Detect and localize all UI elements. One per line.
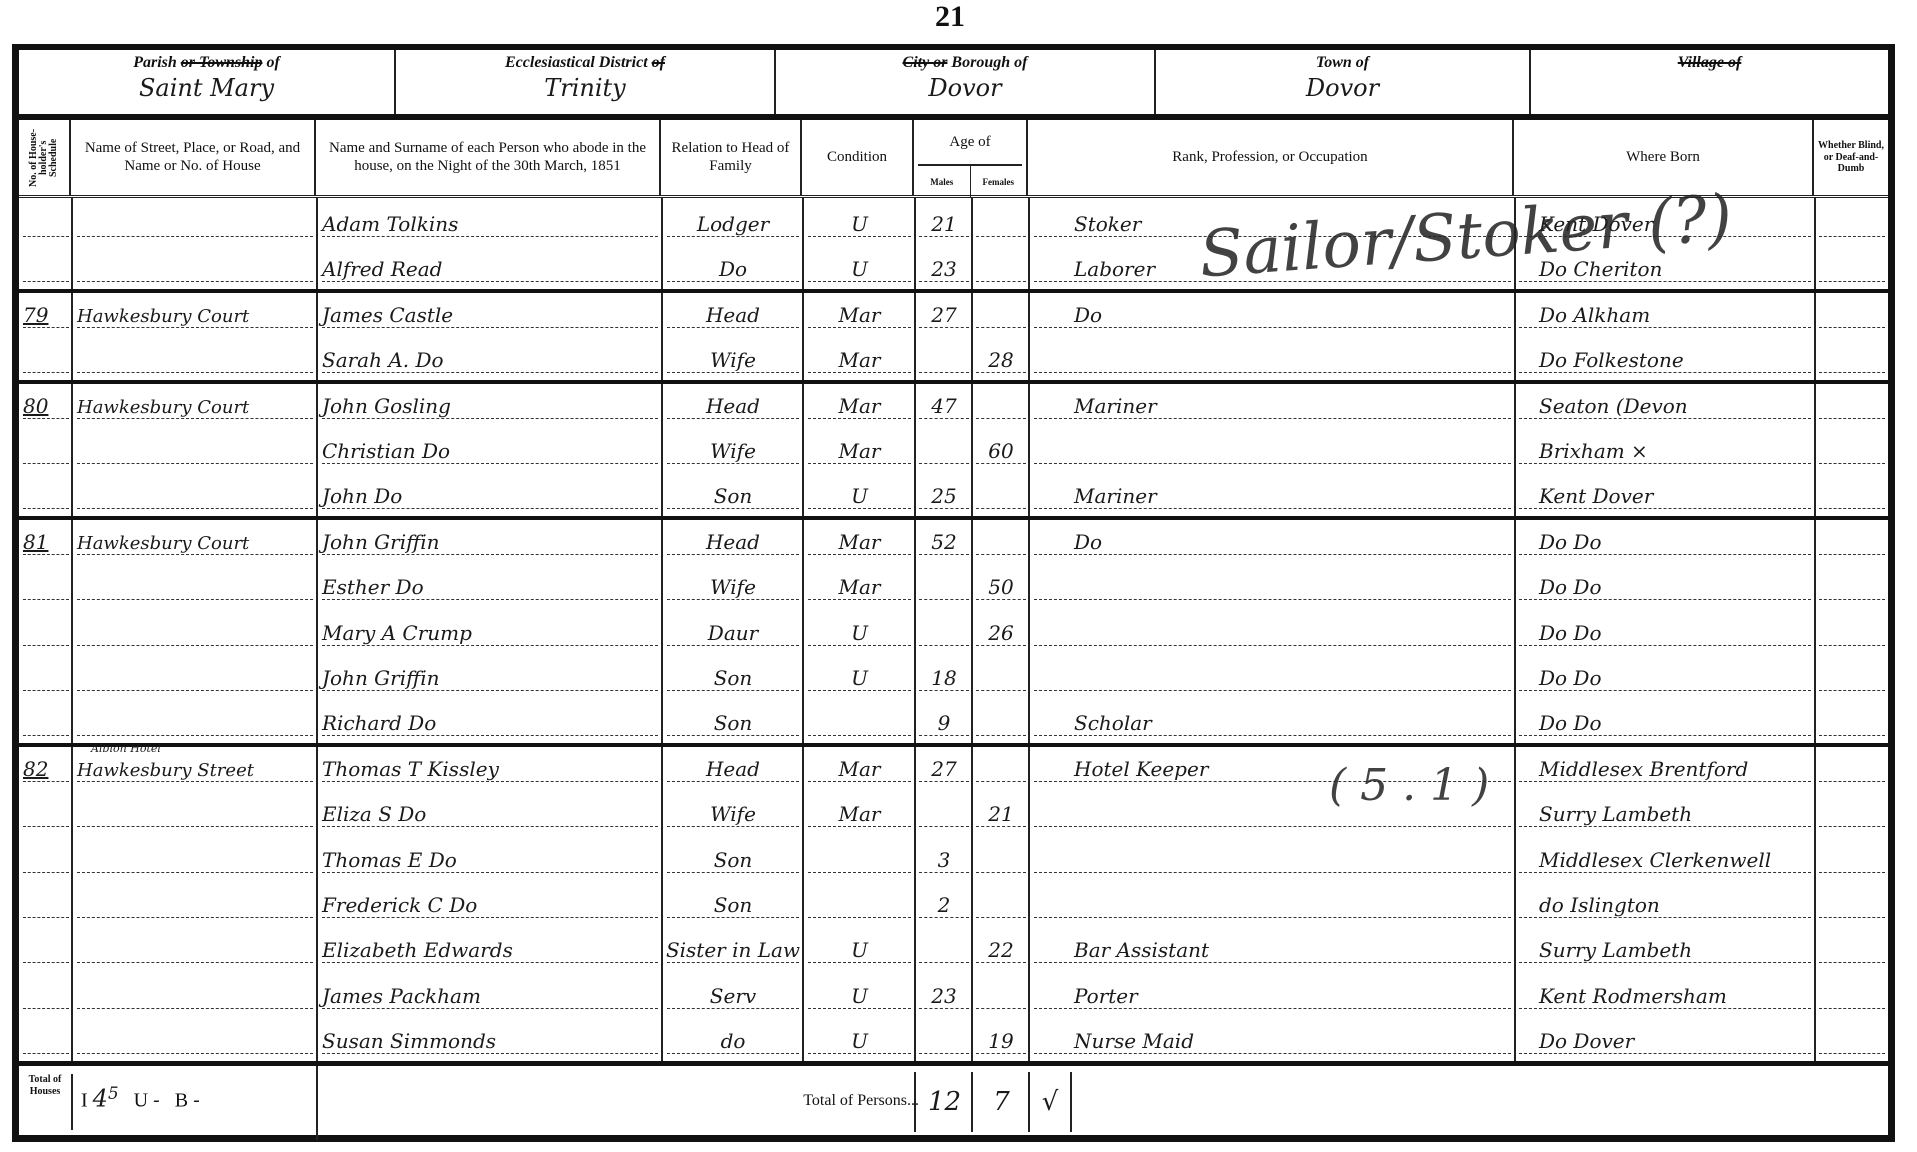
cell-name: Frederick C Do [322, 884, 658, 918]
cell-male-age [919, 612, 969, 646]
cell-male-age: 2 [919, 884, 969, 918]
cell-schedule [23, 657, 69, 691]
place-parish: Parish or Township of Saint Mary [19, 50, 396, 114]
cell-occupation [1034, 566, 1511, 600]
cell-female-age [976, 521, 1026, 555]
cell-name: Alfred Read [322, 248, 658, 282]
cell-female-age: 21 [976, 793, 1026, 827]
cell-male-age [919, 793, 969, 827]
total-persons-label: Total of Persons... [619, 1092, 919, 1110]
cell-born: Do Alkham [1519, 294, 1811, 328]
cell-occupation: Mariner [1034, 385, 1511, 419]
cell-relation: Head [667, 521, 799, 555]
cell-street [77, 975, 313, 1009]
place-village: Village of [1531, 50, 1888, 114]
cell-name: John Griffin [322, 657, 658, 691]
place-town: Town of Dovor [1156, 50, 1531, 114]
cell-condition: Mar [808, 294, 911, 328]
header-name: Name and Surname of each Person who abod… [316, 120, 661, 195]
cell-name: Christian Do [322, 430, 658, 464]
cell-occupation: Porter [1034, 975, 1511, 1009]
cell-street [77, 430, 313, 464]
census-entry-row: 79Hawkesbury CourtJames CastleHeadMar27D… [19, 289, 1888, 334]
cell-male-age [919, 1020, 969, 1054]
district-value: Trinity [396, 74, 774, 102]
cell-occupation: Bar Assistant [1034, 929, 1511, 963]
cell-name: Richard Do [322, 702, 658, 736]
cell-male-age: 47 [919, 385, 969, 419]
cell-born: do Islington [1519, 884, 1811, 918]
cell-blind [1819, 294, 1885, 328]
cell-schedule [23, 566, 69, 600]
cell-schedule [23, 430, 69, 464]
cell-blind [1819, 975, 1885, 1009]
cell-male-age [919, 339, 969, 373]
cell-street [77, 612, 313, 646]
header-occupation: Rank, Profession, or Occupation [1028, 120, 1514, 195]
cell-occupation [1034, 612, 1511, 646]
cell-female-age: 28 [976, 339, 1026, 373]
inhabited-count: 4 [93, 1085, 108, 1113]
cell-relation: Wife [667, 339, 799, 373]
cell-blind [1819, 566, 1885, 600]
cell-condition: Mar [808, 521, 911, 555]
cell-occupation [1034, 339, 1511, 373]
header-condition: Condition [802, 120, 914, 195]
cell-female-age [976, 294, 1026, 328]
cell-condition: U [808, 1020, 911, 1054]
cell-schedule: 82 [23, 748, 69, 782]
header-where-born: Where Born [1514, 120, 1814, 195]
cell-female-age: 26 [976, 612, 1026, 646]
census-entry-row: Thomas E DoSon3Middlesex Clerkenwell [19, 834, 1888, 879]
cell-schedule [23, 884, 69, 918]
cell-female-age [976, 975, 1026, 1009]
cell-condition: Mar [808, 430, 911, 464]
cell-male-age [919, 430, 969, 464]
cell-schedule [23, 339, 69, 373]
uninhabited-count: - [153, 1088, 160, 1112]
cell-schedule: 80 [23, 385, 69, 419]
cell-relation: Head [667, 294, 799, 328]
cell-relation: Son [667, 839, 799, 873]
cell-street [77, 929, 313, 963]
cell-occupation [1034, 430, 1511, 464]
cell-relation: Lodger [667, 203, 799, 237]
census-entry-row: Susan SimmondsdoU19Nurse MaidDo Dover [19, 1015, 1888, 1060]
cell-male-age [919, 566, 969, 600]
hotel-note-annotation: ( 5 . 1 ) [1329, 760, 1489, 811]
cell-blind [1819, 430, 1885, 464]
cell-female-age: 50 [976, 566, 1026, 600]
census-entry-row: Sarah A. DoWifeMar28Do Folkestone [19, 334, 1888, 379]
census-entry-row: Eliza S DoWifeMar21Surry Lambeth [19, 788, 1888, 833]
total-check-mark: √ [1028, 1072, 1072, 1132]
cell-condition: U [808, 657, 911, 691]
cell-blind [1819, 702, 1885, 736]
cell-condition: U [808, 929, 911, 963]
cell-born: Kent Rodmersham [1519, 975, 1811, 1009]
cell-street [77, 475, 313, 509]
cell-blind [1819, 884, 1885, 918]
cell-street [77, 1020, 313, 1054]
census-entry-row: Mary A CrumpDaurU26Do Do [19, 607, 1888, 652]
cell-male-age: 23 [919, 248, 969, 282]
cell-street [77, 793, 313, 827]
cell-relation: Son [667, 884, 799, 918]
census-entry-row: Elizabeth EdwardsSister in LawU22Bar Ass… [19, 924, 1888, 969]
cell-condition: Mar [808, 339, 911, 373]
cell-schedule [23, 1020, 69, 1054]
cell-occupation: Scholar [1034, 702, 1511, 736]
cell-female-age [976, 748, 1026, 782]
cell-schedule [23, 475, 69, 509]
cell-schedule [23, 203, 69, 237]
cell-relation: Wife [667, 430, 799, 464]
cell-relation: Head [667, 748, 799, 782]
cell-born: Do Dover [1519, 1020, 1811, 1054]
cell-condition [808, 702, 911, 736]
cell-name: James Packham [322, 975, 658, 1009]
cell-born: Middlesex Clerkenwell [1519, 839, 1811, 873]
cell-female-age: 60 [976, 430, 1026, 464]
cell-occupation [1034, 839, 1511, 873]
cell-name: John Do [322, 475, 658, 509]
cell-schedule [23, 839, 69, 873]
cell-blind [1819, 248, 1885, 282]
cell-name: John Griffin [322, 521, 658, 555]
cell-condition: U [808, 975, 911, 1009]
cell-schedule [23, 975, 69, 1009]
parish-value: Saint Mary [19, 74, 394, 102]
total-females: 7 [971, 1072, 1030, 1132]
census-entry-row: James PackhamServU23PorterKent Rodmersha… [19, 970, 1888, 1015]
cell-street [77, 884, 313, 918]
cell-relation: Son [667, 702, 799, 736]
census-entry-row: Frederick C DoSon2do Islington [19, 879, 1888, 924]
header-blind: Whether Blind, or Deaf-and-Dumb [1814, 120, 1888, 195]
cell-schedule [23, 248, 69, 282]
cell-blind [1819, 839, 1885, 873]
cell-relation: Head [667, 385, 799, 419]
cell-name: Thomas E Do [322, 839, 658, 873]
census-entry-row: 80Hawkesbury CourtJohn GoslingHeadMar47M… [19, 380, 1888, 425]
cell-street: Hawkesbury Court [77, 294, 313, 328]
cell-occupation [1034, 884, 1511, 918]
building-count: - [193, 1088, 200, 1112]
header-schedule: No. of House-holder's Schedule [19, 120, 71, 195]
cell-name: Elizabeth Edwards [322, 929, 658, 963]
census-entry-row: 81Hawkesbury CourtJohn GriffinHeadMar52D… [19, 516, 1888, 561]
cell-relation: Son [667, 475, 799, 509]
cell-relation: Serv [667, 975, 799, 1009]
header-males: Males [914, 166, 971, 198]
cell-street [77, 248, 313, 282]
cell-relation: Wife [667, 566, 799, 600]
cell-condition: Mar [808, 793, 911, 827]
totals-row: Total of Houses I 45 U - B - Total of Pe… [19, 1061, 1888, 1141]
cell-street [77, 702, 313, 736]
place-header-row: Parish or Township of Saint Mary Ecclesi… [19, 50, 1888, 120]
census-entry-row: Christian DoWifeMar60Brixham × [19, 425, 1888, 470]
cell-occupation [1034, 657, 1511, 691]
cell-condition: Mar [808, 566, 911, 600]
cell-name: Thomas T Kissley [322, 748, 658, 782]
cell-female-age: 19 [976, 1020, 1026, 1054]
cell-born: Do Do [1519, 657, 1811, 691]
cell-street [77, 566, 313, 600]
cell-relation: Sister in Law [667, 929, 799, 963]
cell-condition: Mar [808, 748, 911, 782]
cell-female-age: 22 [976, 929, 1026, 963]
cell-male-age: 23 [919, 975, 969, 1009]
cell-relation: Daur [667, 612, 799, 646]
census-entry-row: Esther DoWifeMar50Do Do [19, 561, 1888, 606]
street-annotation: Albion Hotel [91, 742, 161, 755]
census-sheet: Parish or Township of Saint Mary Ecclesi… [12, 44, 1895, 1142]
cell-occupation: Do [1034, 521, 1511, 555]
cell-born: Surry Lambeth [1519, 793, 1811, 827]
cell-street: Hawkesbury Court [77, 521, 313, 555]
borough-value: Dovor [776, 74, 1154, 102]
cell-blind [1819, 793, 1885, 827]
cell-blind [1819, 203, 1885, 237]
cell-name: John Gosling [322, 385, 658, 419]
cell-female-age [976, 385, 1026, 419]
cell-male-age: 52 [919, 521, 969, 555]
column-header-row: No. of House-holder's Schedule Name of S… [19, 120, 1888, 198]
cell-female-age [976, 839, 1026, 873]
cell-blind [1819, 339, 1885, 373]
header-relation: Relation to Head of Family [661, 120, 802, 195]
cell-name: Adam Tolkins [322, 203, 658, 237]
cell-schedule [23, 793, 69, 827]
cell-street [77, 203, 313, 237]
town-value: Dovor [1156, 74, 1529, 102]
cell-male-age: 27 [919, 294, 969, 328]
cell-name: Eliza S Do [322, 793, 658, 827]
cell-male-age: 18 [919, 657, 969, 691]
census-entry-row: 82Hawkesbury StreetAlbion HotelThomas T … [19, 743, 1888, 788]
cell-schedule: 81 [23, 521, 69, 555]
cell-born: Do Do [1519, 612, 1811, 646]
cell-born: Do Do [1519, 521, 1811, 555]
cell-schedule: 79 [23, 294, 69, 328]
cell-occupation: Do [1034, 294, 1511, 328]
cell-condition [808, 884, 911, 918]
cell-blind [1819, 657, 1885, 691]
cell-female-age [976, 475, 1026, 509]
cell-born: Do Folkestone [1519, 339, 1811, 373]
census-entry-row: Richard DoSon9ScholarDo Do [19, 697, 1888, 742]
cell-name: Sarah A. Do [322, 339, 658, 373]
cell-name: Esther Do [322, 566, 658, 600]
header-street: Name of Street, Place, or Road, and Name… [71, 120, 316, 195]
cell-female-age [976, 702, 1026, 736]
cell-schedule [23, 929, 69, 963]
cell-blind [1819, 748, 1885, 782]
cell-male-age: 9 [919, 702, 969, 736]
cell-name: Mary A Crump [322, 612, 658, 646]
cell-condition: U [808, 203, 911, 237]
cell-born: Do Do [1519, 702, 1811, 736]
page-number: 21 [920, 0, 980, 34]
cell-schedule [23, 702, 69, 736]
cell-street: Hawkesbury Court [77, 385, 313, 419]
place-borough: City or Borough of Dovor [776, 50, 1156, 114]
cell-condition: U [808, 612, 911, 646]
cell-schedule [23, 612, 69, 646]
cell-born: Surry Lambeth [1519, 929, 1811, 963]
cell-born: Seaton (Devon [1519, 385, 1811, 419]
cell-male-age: 27 [919, 748, 969, 782]
cell-relation: Do [667, 248, 799, 282]
header-females: Females [971, 166, 1027, 198]
cell-male-age: 3 [919, 839, 969, 873]
cell-condition: Mar [808, 385, 911, 419]
census-entry-row: John GriffinSonU18Do Do [19, 652, 1888, 697]
header-age: Age of MalesFemales [914, 120, 1028, 195]
cell-relation: do [667, 1020, 799, 1054]
cell-name: Susan Simmonds [322, 1020, 658, 1054]
cell-blind [1819, 521, 1885, 555]
cell-born: Kent Dover [1519, 475, 1811, 509]
cell-female-age [976, 248, 1026, 282]
census-entry-row: John DoSonU25MarinerKent Dover [19, 470, 1888, 515]
cell-occupation: Nurse Maid [1034, 1020, 1511, 1054]
cell-relation: Wife [667, 793, 799, 827]
total-houses-label: Total of Houses [19, 1074, 73, 1130]
cell-blind [1819, 475, 1885, 509]
cell-street [77, 657, 313, 691]
cell-blind [1819, 385, 1885, 419]
cell-born: Do Do [1519, 566, 1811, 600]
cell-blind [1819, 929, 1885, 963]
cell-condition [808, 839, 911, 873]
cell-blind [1819, 612, 1885, 646]
census-entries: Adam TolkinsLodgerU21StokerKent DoverAlf… [19, 198, 1888, 1061]
cell-male-age [919, 929, 969, 963]
cell-condition: U [808, 475, 911, 509]
cell-occupation: Mariner [1034, 475, 1511, 509]
cell-born: Middlesex Brentford [1519, 748, 1811, 782]
total-houses: I 45 U - B - [81, 1084, 200, 1113]
cell-born: Brixham × [1519, 430, 1811, 464]
cell-relation: Son [667, 657, 799, 691]
cell-female-age [976, 884, 1026, 918]
cell-blind [1819, 1020, 1885, 1054]
cell-street: Hawkesbury StreetAlbion Hotel [77, 748, 313, 782]
cell-street [77, 839, 313, 873]
cell-male-age: 25 [919, 475, 969, 509]
cell-female-age [976, 657, 1026, 691]
cell-name: James Castle [322, 294, 658, 328]
cell-street [77, 339, 313, 373]
total-males: 12 [914, 1072, 973, 1132]
cell-condition: U [808, 248, 911, 282]
cell-female-age [976, 203, 1026, 237]
cell-male-age: 21 [919, 203, 969, 237]
place-ecclesiastical-district: Ecclesiastical District of Trinity [396, 50, 776, 114]
